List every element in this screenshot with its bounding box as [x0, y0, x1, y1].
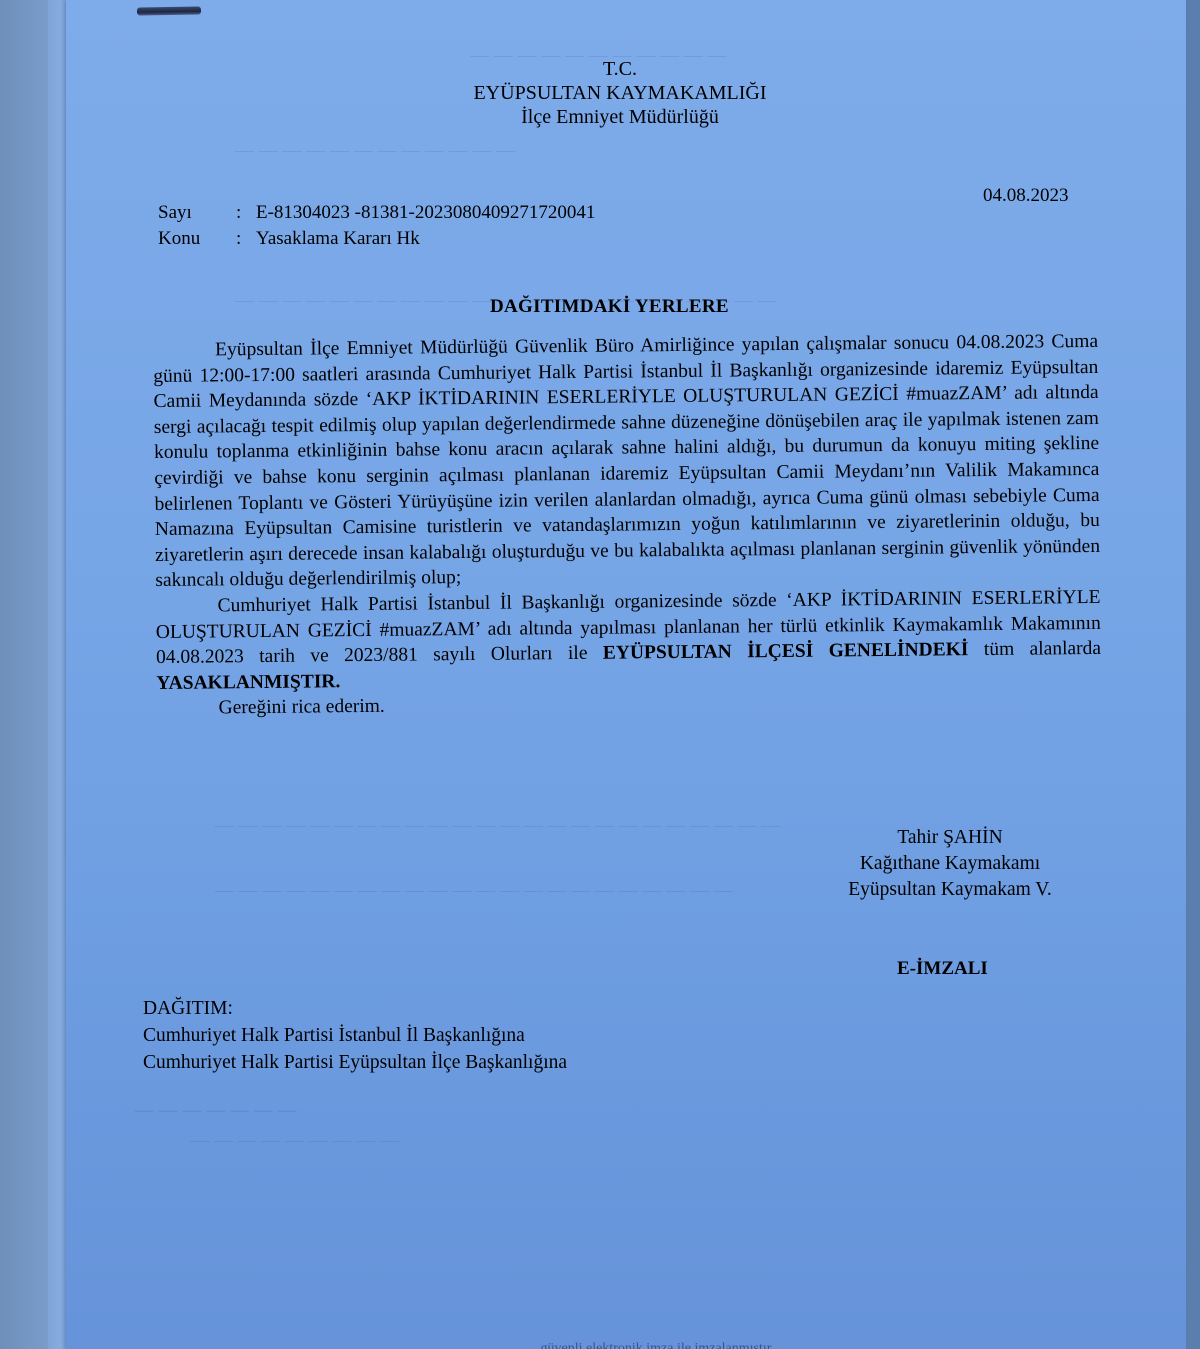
- distribution-item: Cumhuriyet Halk Partisi İstanbul İl Başk…: [143, 1022, 567, 1049]
- signature-block: Tahir ŞAHİN Kağıthane Kaymakamı Eyüpsult…: [820, 825, 1080, 903]
- document-title: DAĞITIMDAKİ YERLERE: [490, 296, 729, 318]
- footer-esign-note: ...güvenli elektronik imza ile imzalanmı…: [530, 1341, 774, 1349]
- distribution-item: Cumhuriyet Halk Partisi Eyüpsultan İlçe …: [143, 1049, 567, 1076]
- signatory-acting-title: Eyüpsultan Kaymakam V.: [820, 877, 1080, 903]
- e-signed-label: E-İMZALI: [897, 958, 988, 980]
- meta-separator: :: [236, 200, 256, 226]
- distribution-list: DAĞITIM: Cumhuriyet Halk Partisi İstanbu…: [143, 995, 567, 1076]
- signatory-name: Tahir ŞAHİN: [820, 825, 1080, 851]
- staple-icon: [137, 6, 201, 15]
- meta-row-konu: Konu : Yasaklama Kararı Hk: [158, 226, 595, 252]
- body-paragraph-2: Cumhuriyet Halk Partisi İstanbul İl Başk…: [155, 585, 1101, 696]
- paragraph-2-emphasis-district: EYÜPSULTAN İLÇESİ GENELİNDEKİ: [603, 639, 969, 664]
- distribution-label: DAĞITIM:: [143, 995, 567, 1022]
- document-date: 04.08.2023: [983, 185, 1069, 207]
- header-department: İlçe Emniyet Müdürlüğü: [0, 105, 1200, 129]
- background-surface: [0, 0, 48, 1349]
- document-body: Eyüpsultan İlçe Emniyet Müdürlüğü Güvenl…: [153, 329, 1102, 722]
- sayi-value: E-81304023 -81381-2023080409271720041: [256, 200, 595, 226]
- signatory-title: Kağıthane Kaymakamı: [820, 851, 1080, 877]
- document-header: T.C. EYÜPSULTAN KAYMAKAMLIĞI İlçe Emniye…: [0, 57, 1200, 129]
- meta-separator: :: [236, 226, 256, 252]
- bleed-through-text: — — — — — — —: [135, 1100, 297, 1122]
- paragraph-2-emphasis-banned: YASAKLANMIŞTIR.: [156, 671, 340, 694]
- bleed-through-text: — — — — — — — — — — — —: [235, 140, 515, 162]
- bleed-through-text: — — — — — — — — —: [190, 1130, 399, 1152]
- paragraph-2-text: tüm alanlarda: [968, 638, 1101, 660]
- body-paragraph-1: Eyüpsultan İlçe Emniyet Müdürlüğü Güvenl…: [153, 329, 1100, 594]
- sayi-label: Sayı: [158, 200, 236, 226]
- bleed-through-text: — — — — — — — — — — — — — — — — — — — — …: [215, 880, 733, 902]
- paper-stack-edge: [48, 0, 68, 1349]
- konu-value: Yasaklama Kararı Hk: [256, 226, 420, 252]
- header-authority: EYÜPSULTAN KAYMAKAMLIĞI: [0, 81, 1200, 105]
- background-surface-right: [1184, 0, 1200, 1349]
- konu-label: Konu: [158, 226, 236, 252]
- meta-row-sayi: Sayı : E-81304023 -81381-202308040927172…: [158, 200, 595, 226]
- bleed-through-text: — — — — — — — — — — — — — — — — — — — — …: [215, 815, 780, 837]
- header-country: T.C.: [0, 57, 1200, 81]
- document-meta: Sayı : E-81304023 -81381-202308040927172…: [158, 200, 595, 252]
